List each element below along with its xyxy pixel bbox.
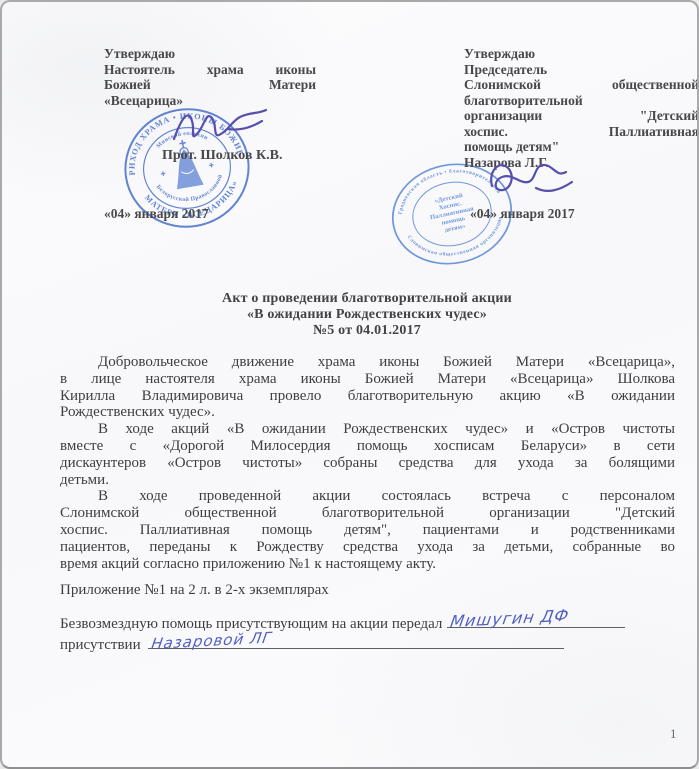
approval-block-left: Утверждаю Настоятель храма иконы Божией …	[104, 46, 316, 108]
approval-left-line: Божией Матери	[104, 77, 316, 93]
body-line: вместе с «Дорогой Милосердия помощь хосп…	[60, 438, 675, 455]
attachment-note: Приложение №1 на 2 л. в 2-х экземплярах	[60, 582, 675, 599]
presence-label: присутствии	[60, 637, 141, 653]
approve-label-right: Утверждаю	[464, 46, 699, 62]
body-line: дискаунтеров «Остров чистоты» собраны ср…	[60, 455, 675, 472]
approval-right-line: хоспис. Паллиативная	[464, 124, 699, 140]
witness-handwriting: Назаровой ЛГ	[150, 630, 273, 653]
title-line-2: «В ожидании Рождественских чудес»	[60, 307, 674, 323]
body-line: Рождественских чудес».	[60, 404, 675, 421]
body-line: хоспис. Паллиативная помощь детям", паци…	[60, 522, 675, 539]
body-line: Добровольческое движение храма иконы Бож…	[60, 354, 675, 371]
handover-line: Безвозмездную помощь присутствующим на а…	[60, 612, 675, 633]
body-line: в лице настоятеля храма иконы Божией Мат…	[60, 371, 675, 388]
title-line-3: №5 от 04.01.2017	[60, 323, 674, 339]
page-number: 1	[670, 726, 677, 742]
approve-label-left: Утверждаю	[104, 46, 316, 62]
approval-left-line: Настоятель храма иконы	[104, 62, 316, 78]
body-line: время акций согласно приложению №1 к нас…	[60, 556, 675, 573]
giver-signature-slot: Мишугин ДФ	[447, 612, 625, 628]
body-line: Слонимской общественной благотворительно…	[60, 505, 675, 522]
approval-right-line: Председатель	[464, 62, 699, 78]
approval-right-line: благотворительной	[464, 93, 699, 109]
document-title: Акт о проведении благотворительной акции…	[60, 291, 674, 338]
approval-block-right: Утверждаю Председатель Слонимской общест…	[464, 46, 699, 170]
approval-right-line: Слонимской общественной	[464, 77, 699, 93]
paragraph-3: В ходе проведенной акции состоялась встр…	[60, 488, 675, 572]
chair-signature-icon	[482, 154, 574, 204]
giver-handwriting: Мишугин ДФ	[449, 608, 570, 631]
approval-right-line: помощь детям"	[464, 139, 699, 155]
approval-right-line: организации "Детский	[464, 108, 699, 124]
witness-signature-slot: Назаровой ЛГ	[148, 633, 564, 649]
body-line: Кирилла Владимировича провело благотвори…	[60, 388, 675, 405]
presence-line: присутствииНазаровой ЛГ	[60, 633, 675, 654]
document-page: Утверждаю Настоятель храма иконы Божией …	[0, 0, 699, 769]
body-line: В ходе акций «В ожидании Рождественских …	[60, 421, 675, 438]
body-line: пациентов, переданы к Рождеству средства…	[60, 539, 675, 556]
paragraph-1: Добровольческое движение храма иконы Бож…	[60, 354, 675, 421]
paragraph-2: В ходе акций «В ожидании Рождественских …	[60, 421, 675, 488]
body-line: В ходе проведенной акции состоялась встр…	[60, 488, 675, 505]
title-line-1: Акт о проведении благотворительной акции	[60, 291, 674, 307]
document-body: Добровольческое движение храма иконы Бож…	[60, 354, 675, 654]
priest-signatory-name: Прот. Шолков К.В.	[162, 148, 282, 164]
priest-signature-icon	[170, 101, 270, 153]
body-line: детьми.	[60, 472, 675, 489]
date-left: «04» января 2017	[104, 206, 209, 222]
date-right: «04» января 2017	[470, 206, 575, 222]
